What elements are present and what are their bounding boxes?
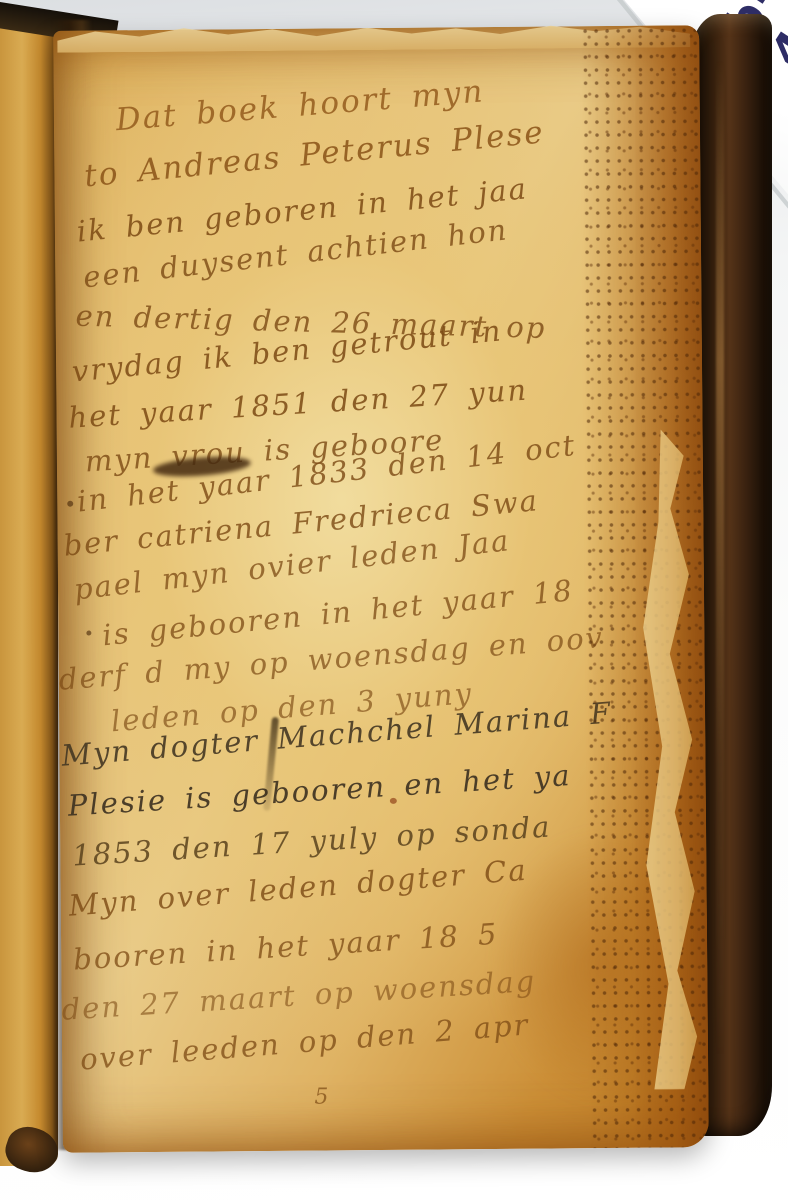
book-cover-left-edge	[0, 16, 58, 1166]
page-number-note: 5	[314, 1084, 330, 1109]
fox-speck	[390, 798, 397, 804]
foxing-stains	[581, 25, 709, 1148]
book-page: Dat boek hoort myn to Andreas Peterus Pl…	[53, 25, 709, 1153]
manuscript-line: booren in het yaar 18 5	[72, 917, 499, 977]
photo-scene: b-49 Dat boek hoort myn to Andreas Peter…	[0, 0, 788, 1200]
torn-edge-right	[637, 429, 703, 1089]
fox-speck	[86, 631, 91, 636]
torn-edge-top	[57, 17, 690, 53]
leather-highlight	[716, 60, 724, 1060]
fox-speck	[67, 501, 73, 507]
